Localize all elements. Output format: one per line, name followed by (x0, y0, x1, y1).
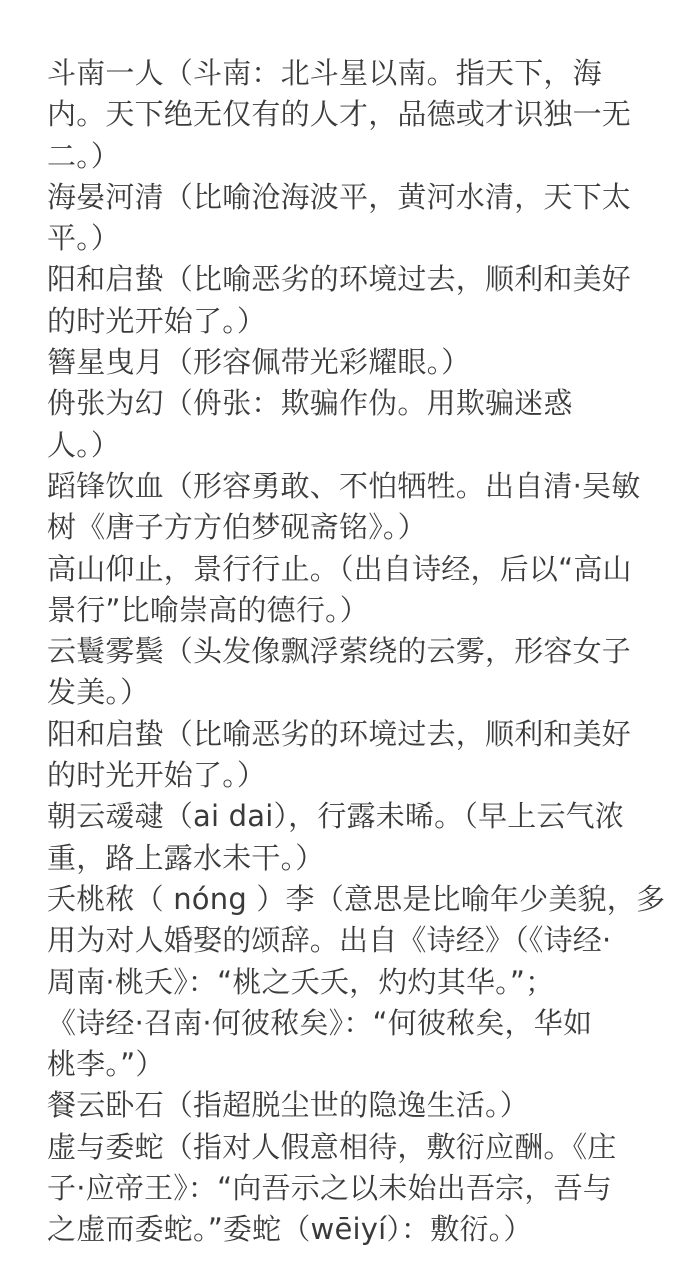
text-line: 桃李。”） (47, 1044, 667, 1085)
text-line: 的时光开始了。） (47, 301, 667, 342)
entry-yun-huan-wu-bin: 云鬟雾鬓（头发像飘浮萦绕的云雾，形容女子 发美。） (47, 631, 667, 714)
entry-zhao-yun-ai-dai: 朝云叆叇（ai dai），行露未晞。（早上云气浓 重，路上露水未干。） (47, 796, 667, 879)
text-line: 发美。） (47, 672, 667, 713)
entry-yang-he-qi-zhe-repeat: 阳和启蛰（比喻恶劣的环境过去，顺利和美好 的时光开始了。） (47, 714, 667, 797)
text-line: 侜张为幻（侜张：欺骗作伪。用欺骗迷惑 (47, 383, 667, 424)
entry-zan-xing-ye-yue: 簪星曳月（形容佩带光彩耀眼。） (47, 342, 667, 383)
text-line: 阳和启蛰（比喻恶劣的环境过去，顺利和美好 (47, 714, 667, 755)
text-line: 蹈锋饮血（形容勇敢、不怕牺牲。出自清·吴敏 (47, 466, 667, 507)
text-line: 平。） (47, 218, 667, 259)
text-line: 景行”比喻崇高的德行。） (47, 590, 667, 631)
entry-dou-nan-yi-ren: 斗南一人（斗南：北斗星以南。指天下，海 内。天下绝无仅有的人才，品德或才识独一无… (47, 53, 667, 177)
text-line: 簪星曳月（形容佩带光彩耀眼。） (47, 342, 667, 383)
text-line: 内。天下绝无仅有的人才，品德或才识独一无 (47, 94, 667, 135)
text-line: 云鬟雾鬓（头发像飘浮萦绕的云雾，形容女子 (47, 631, 667, 672)
text-line: 树《唐子方方伯梦砚斋铭》。） (47, 507, 667, 548)
text-line: 高山仰止，景行行止。（出自诗经，后以“高山 (47, 549, 667, 590)
text-line: 之虚而委蛇。”委蛇（wēiyí）：敷衍。） (47, 1209, 667, 1250)
text-line: 斗南一人（斗南：北斗星以南。指天下，海 (47, 53, 667, 94)
entry-yao-tao-nong-li: 夭桃秾（ nóng ）李（意思是比喻年少美貌，多 用为对人婚娶的颂辞。出自《诗经… (47, 879, 667, 1085)
entry-hai-yan-he-qing: 海晏河清（比喻沧海波平，黄河水清，天下太 平。） (47, 177, 667, 260)
text-line: 餐云卧石（指超脱尘世的隐逸生活。） (47, 1085, 667, 1126)
text-line: 的时光开始了。） (47, 755, 667, 796)
text-line: 用为对人婚娶的颂辞。出自《诗经》（《诗经· (47, 920, 667, 961)
text-line: 人。） (47, 425, 667, 466)
text-line: 周南·桃夭》：“桃之夭夭，灼灼其华。”； (47, 962, 667, 1003)
text-line: 海晏河清（比喻沧海波平，黄河水清，天下太 (47, 177, 667, 218)
text-line: 重，路上露水未干。） (47, 838, 667, 879)
text-line: 朝云叆叇（ai dai），行露未晞。（早上云气浓 (47, 796, 667, 837)
entry-yang-he-qi-zhe: 阳和启蛰（比喻恶劣的环境过去，顺利和美好 的时光开始了。） (47, 259, 667, 342)
entry-zhou-zhang-wei-huan: 侜张为幻（侜张：欺骗作伪。用欺骗迷惑 人。） (47, 383, 667, 466)
text-line: 二。） (47, 136, 667, 177)
entry-gao-shan-yang-zhi: 高山仰止，景行行止。（出自诗经，后以“高山 景行”比喻崇高的德行。） (47, 549, 667, 632)
entry-dao-feng-yin-xue: 蹈锋饮血（形容勇敢、不怕牺牲。出自清·吴敏 树《唐子方方伯梦砚斋铭》。） (47, 466, 667, 549)
text-line: 子·应帝王》：“向吾示之以未始出吾宗，吾与 (47, 1168, 667, 1209)
entry-can-yun-wo-shi: 餐云卧石（指超脱尘世的隐逸生活。） (47, 1085, 667, 1126)
idiom-document: 斗南一人（斗南：北斗星以南。指天下，海 内。天下绝无仅有的人才，品德或才识独一无… (47, 53, 667, 1251)
text-line: 虚与委蛇（指对人假意相待，敷衍应酬。《庄 (47, 1127, 667, 1168)
text-line: 《诗经·召南·何彼秾矣》：“何彼秾矣，华如 (47, 1003, 667, 1044)
entry-xu-yu-wei-yi: 虚与委蛇（指对人假意相待，敷衍应酬。《庄 子·应帝王》：“向吾示之以未始出吾宗，… (47, 1127, 667, 1251)
text-line: 阳和启蛰（比喻恶劣的环境过去，顺利和美好 (47, 259, 667, 300)
text-line: 夭桃秾（ nóng ）李（意思是比喻年少美貌，多 (47, 879, 667, 920)
